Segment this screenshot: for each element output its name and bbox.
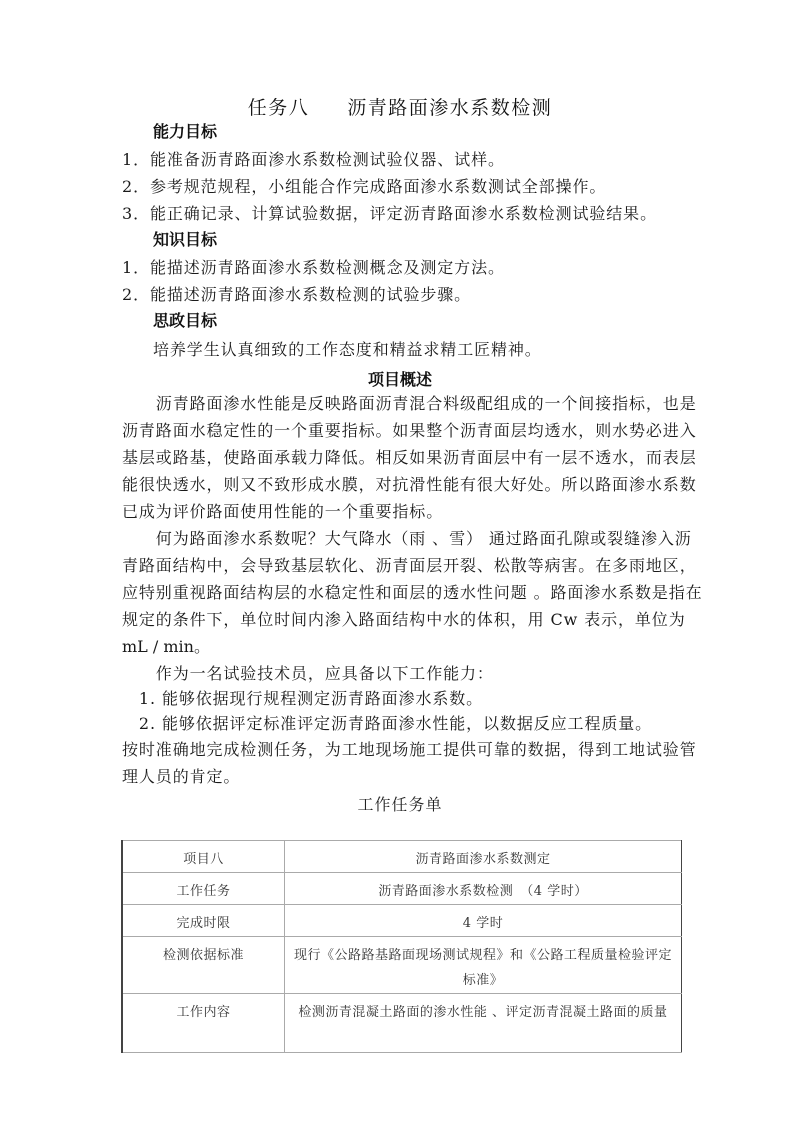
task-sheet-table: 项目八 沥青路面渗水系数测定 工作任务 沥青路面渗水系数检测 （4 学时） 完成… xyxy=(121,840,682,1053)
ability-goal-item: 2．参考规范规程，小组能合作完成路面渗水系数测试全部操作。 xyxy=(122,177,682,197)
row-label: 工作内容 xyxy=(122,994,285,1053)
ideology-goal-text: 培养学生认真细致的工作态度和精益求精工匠精神。 xyxy=(153,340,713,360)
row-value: 现行《公路路基路面现场测试规程》和《公路工程质量检验评定标准》 xyxy=(285,937,682,994)
row-label: 项目八 xyxy=(122,841,285,873)
page-title: 任务八沥青路面渗水系数检测 xyxy=(0,93,800,120)
ideology-goals-heading: 思政目标 xyxy=(153,311,217,331)
paragraph-line: 已成为评价路面使用性能的一个重要指标。 xyxy=(122,502,682,522)
row-label: 工作任务 xyxy=(122,873,285,905)
row-label: 检测依据标准 xyxy=(122,937,285,994)
knowledge-goal-item: 1．能描述沥青路面渗水系数检测概念及测定方法。 xyxy=(122,258,682,278)
ability-goals-heading: 能力目标 xyxy=(153,122,217,142)
task-name: 沥青路面渗水系数检测 xyxy=(347,97,552,119)
ability-goal-item: 3．能正确记录、计算试验数据，评定沥青路面渗水系数检测试验结果。 xyxy=(122,204,682,224)
task-number: 任务八 xyxy=(248,97,310,119)
row-label: 完成时限 xyxy=(122,905,285,937)
closing-line: 理人员的肯定。 xyxy=(122,767,682,787)
table-row: 完成时限 4 学时 xyxy=(122,905,682,937)
paragraph-line: 能很快透水，则又不致形成水膜，对抗滑性能有很大好处。所以路面渗水系数 xyxy=(122,475,682,495)
row-value: 沥青路面渗水系数测定 xyxy=(285,841,682,873)
knowledge-goals-heading: 知识目标 xyxy=(153,230,217,250)
ability-item: 2. 能够依据评定标准评定沥青路面渗水性能，以数据反应工程质量。 xyxy=(122,714,682,734)
ability-item: 1. 能够依据现行规程测定沥青路面渗水系数。 xyxy=(122,689,682,709)
task-sheet-title: 工作任务单 xyxy=(0,795,800,815)
document-page: 任务八沥青路面渗水系数检测 能力目标 1．能准备沥青路面渗水系数检测试验仪器、试… xyxy=(0,0,800,1131)
overview-heading: 项目概述 xyxy=(0,370,800,390)
table-row: 项目八 沥青路面渗水系数测定 xyxy=(122,841,682,873)
closing-line: 按时准确地完成检测任务，为工地现场施工提供可靠的数据，得到工地试验管 xyxy=(122,740,682,760)
row-value: 检测沥青混凝土路面的渗水性能 、评定沥青混凝土路面的质量 xyxy=(285,994,682,1053)
table-row: 工作内容 检测沥青混凝土路面的渗水性能 、评定沥青混凝土路面的质量 xyxy=(122,994,682,1053)
paragraph-line: 应特别重视路面结构层的水稳定性和面层的透水性问题 。路面渗水系数是指在 xyxy=(122,583,682,603)
paragraph-line: 规定的条件下，单位时间内渗入路面结构中水的体积，用 Cw 表示，单位为 xyxy=(122,610,682,630)
paragraph-line: 沥青路面水稳定性的一个重要指标。如果整个沥青面层均透水，则水势必进入 xyxy=(122,421,682,441)
table-row: 检测依据标准 现行《公路路基路面现场测试规程》和《公路工程质量检验评定标准》 xyxy=(122,937,682,994)
paragraph-line: 何为路面渗水系数呢？大气降水（雨 、雪） 通过路面孔隙或裂缝渗入沥 xyxy=(122,529,682,549)
abilities-intro: 作为一名试验技术员，应具备以下工作能力： xyxy=(122,664,682,684)
row-value: 4 学时 xyxy=(285,905,682,937)
paragraph-line: 沥青路面渗水性能是反映路面沥青混合料级配组成的一个间接指标，也是 xyxy=(122,394,682,414)
paragraph-line: mL / min。 xyxy=(122,637,682,657)
ability-goal-item: 1．能准备沥青路面渗水系数检测试验仪器、试样。 xyxy=(122,150,682,170)
table-row: 工作任务 沥青路面渗水系数检测 （4 学时） xyxy=(122,873,682,905)
paragraph-line: 基层或路基，使路面承载力降低。相反如果沥青面层中有一层不透水，而表层 xyxy=(122,448,682,468)
row-value: 沥青路面渗水系数检测 （4 学时） xyxy=(285,873,682,905)
paragraph-line: 青路面结构中，会导致基层软化、沥青面层开裂、松散等病害。在多雨地区， xyxy=(122,556,682,576)
knowledge-goal-item: 2．能描述沥青路面渗水系数检测的试验步骤。 xyxy=(122,285,682,305)
